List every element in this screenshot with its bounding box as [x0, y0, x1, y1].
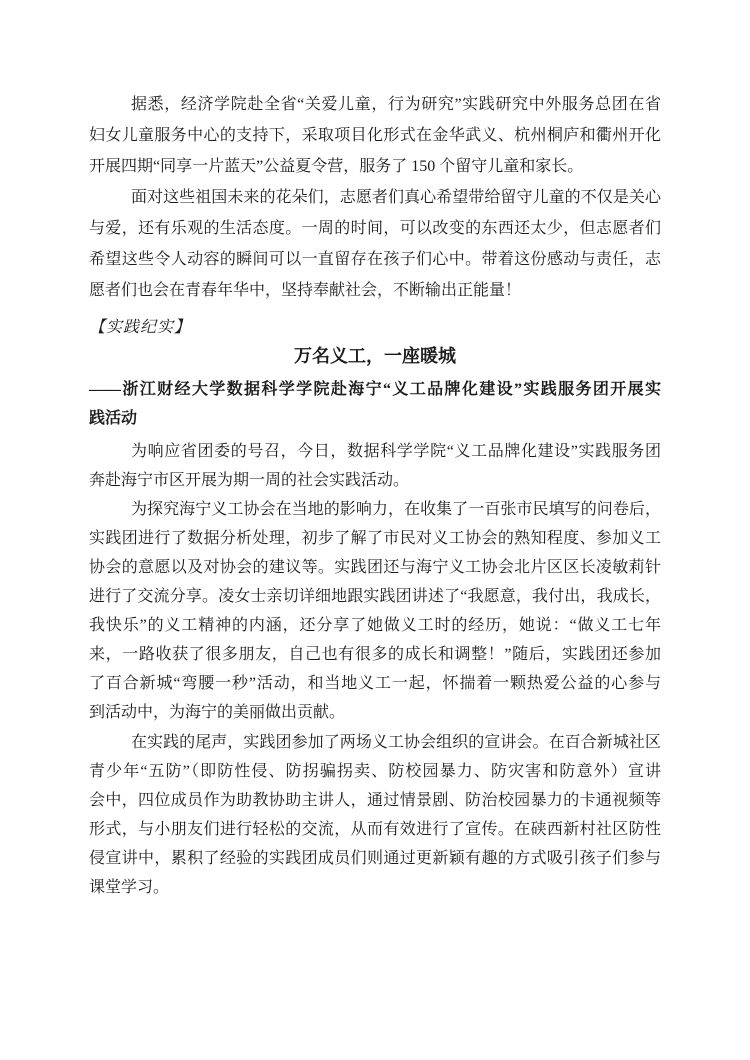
text-line: 会中，四位成员作为助教协助主讲人，通过情景剧、防治校园暴力的卡通视频等: [89, 786, 661, 815]
text-line: 到活动中，为海宁的美丽做出贡献。: [89, 698, 661, 727]
document-content: 据悉，经济学院赴全省“关爱儿童，行为研究”实践研究中外服务总团在省 妇女儿童服务…: [89, 89, 661, 902]
text-line: 实践团进行了数据分析处理，初步了解了市民对义工协会的熟知程度、参加义工: [89, 524, 661, 553]
paragraph-volunteer-hope: 面对这些祖国未来的花朵们，志愿者们真心希望带给留守儿童的不仅是关心 与爱，还有乐…: [89, 182, 661, 306]
text-line: 我快乐”的义工精神的内涵，还分享了她做义工时的经历，她说：“做义工七年: [89, 611, 661, 640]
text-line: 为探究海宁义工协会在当地的影响力，在收集了一百张市民填写的问卷后，: [89, 495, 661, 524]
subtitle-line: ——浙江财经大学数据科学学院赴海宁“义工品牌化建设”实践服务团开展实: [89, 375, 661, 404]
text-line: 愿者们也会在青春年华中，坚持奉献社会，不断输出正能量！: [89, 275, 661, 306]
document-page: 据悉，经济学院赴全省“关爱儿童，行为研究”实践研究中外服务总团在省 妇女儿童服务…: [0, 0, 750, 1060]
text-line: 进行了交流分享。凌女士亲切详细地跟实践团讲述了“我愿意，我付出，我成长，: [89, 582, 661, 611]
text-line: 侵宣讲中，累积了经验的实践团成员们则通过更新颖有趣的方式吸引孩子们参与: [89, 844, 661, 873]
text-line: 据悉，经济学院赴全省“关爱儿童，行为研究”实践研究中外服务总团在省: [89, 89, 661, 120]
section-marker-label: 【实践纪实】: [89, 312, 661, 343]
text-line: 与爱，还有乐观的生活态度。一周的时间，可以改变的东西还太少，但志愿者们: [89, 213, 661, 244]
text-line: 妇女儿童服务中心的支持下，采取项目化形式在金华武义、杭州桐庐和衢州开化: [89, 120, 661, 151]
article-subtitle: ——浙江财经大学数据科学学院赴海宁“义工品牌化建设”实践服务团开展实 践活动: [89, 375, 661, 433]
text-line: 了百合新城“弯腰一秒”活动，和当地义工一起，怀揣着一颗热爱公益的心参与: [89, 669, 661, 698]
paragraph-survey-exchange: 为探究海宁义工协会在当地的影响力，在收集了一百张市民填写的问卷后， 实践团进行了…: [89, 495, 661, 727]
paragraph-lecture-events: 在实践的尾声，实践团参加了两场义工协会组织的宣讲会。在百合新城社区 青少年“五防…: [89, 728, 661, 902]
section-marker: 【实践纪实】: [89, 312, 661, 343]
text-line: 奔赴海宁市区开展为期一周的社会实践活动。: [89, 466, 661, 495]
article-title: 万名义工，一座暖城: [89, 343, 661, 370]
text-line: 课堂学习。: [89, 873, 661, 902]
text-line: 形式，与小朋友们进行轻松的交流，从而有效进行了宣传。在硖西新村社区防性: [89, 815, 661, 844]
text-line: 为响应省团委的号召，今日，数据科学学院“义工品牌化建设”实践服务团: [89, 437, 661, 466]
text-line: 来，一路收获了很多朋友，自己也有很多的成长和调整！”随后，实践团还参加: [89, 640, 661, 669]
paragraph-news-intro: 据悉，经济学院赴全省“关爱儿童，行为研究”实践研究中外服务总团在省 妇女儿童服务…: [89, 89, 661, 182]
text-line: 开展四期“同享一片蓝天”公益夏令营，服务了 150 个留守儿童和家长。: [89, 151, 661, 182]
text-line: 协会的意愿以及对协会的建议等。实践团还与海宁义工协会北片区区长凌敏莉针: [89, 553, 661, 582]
subtitle-line: 践活动: [89, 404, 661, 433]
paragraph-response-call: 为响应省团委的号召，今日，数据科学学院“义工品牌化建设”实践服务团 奔赴海宁市区…: [89, 437, 661, 495]
text-line: 青少年“五防”（即防性侵、防拐骗拐卖、防校园暴力、防灾害和防意外）宣讲: [89, 757, 661, 786]
text-line: 面对这些祖国未来的花朵们，志愿者们真心希望带给留守儿童的不仅是关心: [89, 182, 661, 213]
text-line: 在实践的尾声，实践团参加了两场义工协会组织的宣讲会。在百合新城社区: [89, 728, 661, 757]
text-line: 希望这些令人动容的瞬间可以一直留存在孩子们心中。带着这份感动与责任，志: [89, 244, 661, 275]
